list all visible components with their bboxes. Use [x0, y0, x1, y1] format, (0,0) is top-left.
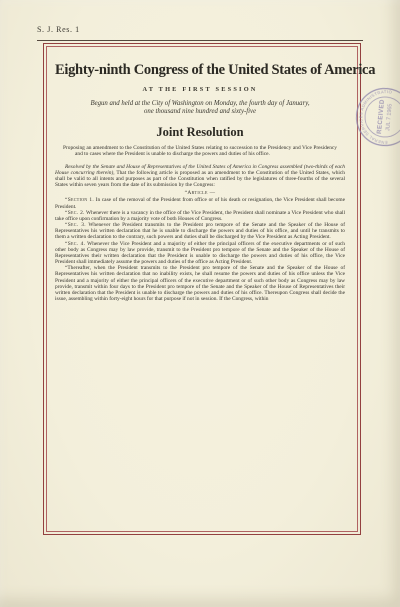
section-3-text: Whenever the President transmits to the …: [55, 222, 345, 240]
begun-line-1: Begun and held at the City of Washington…: [55, 100, 345, 108]
section-2-text: Whenever there is a vacancy in the offic…: [55, 210, 345, 222]
resolved-clause: Resolved by the Senate and House of Repr…: [55, 164, 345, 189]
congress-title: Eighty-ninth Congress of the United Stat…: [55, 62, 345, 78]
stamp-date-text: JUL 7 1965: [385, 103, 393, 131]
section-4-text: Whenever the Vice President and a majori…: [55, 241, 345, 265]
session-line: AT THE FIRST SESSION: [55, 87, 345, 93]
begun-lines: Begun and held at the City of Washington…: [55, 100, 345, 115]
top-rule: [37, 40, 363, 41]
section-2-label: “Sec. 2.: [65, 210, 85, 216]
section-3: “Sec. 3. Whenever the President transmit…: [55, 222, 345, 240]
article-heading: “Article —: [55, 190, 345, 196]
section-2: “Sec. 2. Whenever there is a vacancy in …: [55, 210, 345, 222]
section-1-label: “Section 1.: [65, 197, 94, 203]
document-page: S. J. Res. 1 Eighty-ninth Congress of th…: [0, 0, 400, 607]
document-body: Eighty-ninth Congress of the United Stat…: [55, 62, 345, 302]
resolution-type-title: Joint Resolution: [55, 129, 345, 135]
resolution-number: S. J. Res. 1: [37, 25, 80, 34]
begun-line-2: one thousand nine hundred and sixty-five: [55, 108, 345, 116]
section-1: “Section 1. In case of the removal of th…: [55, 197, 345, 209]
thereafter-text: when the President transmits to the Pres…: [55, 265, 345, 302]
section-4-label: “Sec. 4.: [65, 241, 85, 247]
section-1-text: In case of the removal of the President …: [55, 197, 345, 209]
section-4-continuation: “Thereafter, when the President transmit…: [55, 265, 345, 302]
preamble: Proposing an amendment to the Constituti…: [63, 145, 337, 157]
section-4: “Sec. 4. Whenever the Vice President and…: [55, 241, 345, 266]
received-date-stamp: GENERAL SERVICES ADMINISTRATION NARS REC…: [344, 76, 400, 158]
